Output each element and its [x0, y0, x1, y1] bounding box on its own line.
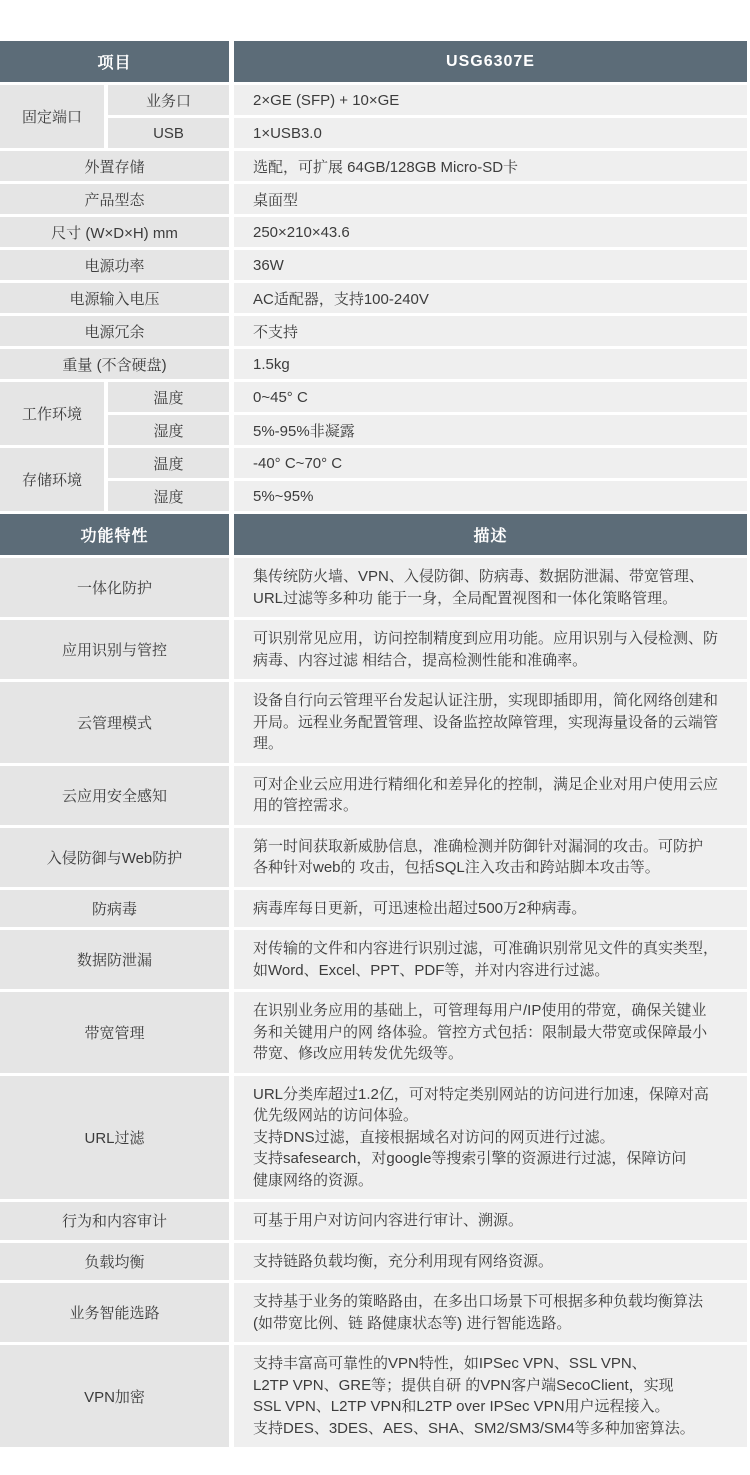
group-label-storage-env: 存储环境	[0, 448, 104, 511]
features-header-name-label: 功能特性	[0, 514, 229, 555]
row-label: 重量 (不含硬盘)	[0, 349, 229, 379]
feature-label: 防病毒	[0, 890, 229, 928]
feature-desc-text: 对传输的文件和内容进行识别过滤，可准确识别常见文件的真实类型， 如Word、Ex…	[253, 938, 718, 981]
feature-row-vpn-encryption: VPN加密 支持丰富高可靠性的VPN特性，如IPSec VPN、SSL VPN、…	[0, 1345, 747, 1447]
value-storage-humidity: 5%~95%	[234, 481, 747, 511]
sub-label-temperature: 温度	[108, 382, 229, 412]
feature-label: 入侵防御与Web防护	[0, 828, 229, 887]
row-label: 电源功率	[0, 250, 229, 280]
group-label-fixed-ports: 固定端口	[0, 85, 104, 148]
row-value: 桌面型	[234, 184, 747, 214]
spec-row-external-storage: 外置存储 选配，可扩展 64GB/128GB Micro-SD卡	[0, 151, 747, 181]
feature-label: 云管理模式	[0, 682, 229, 763]
spec-row-weight: 重量 (不含硬盘) 1.5kg	[0, 349, 747, 379]
row-label: 尺寸 (W×D×H) mm	[0, 217, 229, 247]
feature-label: 行为和内容审计	[0, 1202, 229, 1240]
feature-desc-text: 支持基于业务的策略路由，在多出口场景下可根据多种负载均衡算法 (如带宽比例、链 …	[253, 1291, 703, 1334]
feature-label: 一体化防护	[0, 558, 229, 617]
feature-label: 带宽管理	[0, 992, 229, 1073]
feature-desc-cell: 设备自行向云管理平台发起认证注册，实现即插即用，简化网络创建和 开局。远程业务配…	[234, 682, 747, 763]
spec-row-fixed-ports: 固定端口 业务口 2×GE (SFP) + 10×GE USB 1×USB3.0	[0, 85, 747, 148]
features-header-desc-label: 描述	[234, 514, 747, 555]
feature-desc-cell: 病毒库每日更新，可迅速检出超过500万2种病毒。	[234, 890, 747, 928]
feature-label: 负载均衡	[0, 1243, 229, 1281]
group-body-fixed-ports: 业务口 2×GE (SFP) + 10×GE USB 1×USB3.0	[108, 85, 747, 148]
feature-desc-cell: 第一时间获取新威胁信息，准确检测并防御针对漏洞的攻击。可防护 各种针对web的 …	[234, 828, 747, 887]
row-label: 产品型态	[0, 184, 229, 214]
feature-label: 业务智能选路	[0, 1283, 229, 1342]
spec-row-form-factor: 产品型态 桌面型	[0, 184, 747, 214]
row-label: 外置存储	[0, 151, 229, 181]
feature-desc-text: 在识别业务应用的基础上，可管理每用户/IP使用的带宽，确保关键业 务和关键用户的…	[253, 1000, 707, 1065]
feature-row-ips-web-protection: 入侵防御与Web防护 第一时间获取新威胁信息，准确检测并防御针对漏洞的攻击。可防…	[0, 828, 747, 887]
spec-row-storage-env: 存储环境 温度 -40° C~70° C 湿度 5%~95%	[0, 448, 747, 511]
features-header-row: 功能特性 描述	[0, 514, 747, 555]
feature-desc-text: 支持丰富高可靠性的VPN特性，如IPSec VPN、SSL VPN、 L2TP …	[253, 1353, 695, 1439]
feature-label: 数据防泄漏	[0, 930, 229, 989]
sub-row-work-humidity: 湿度 5%-95%非凝露	[108, 415, 747, 445]
sub-label-humidity: 湿度	[108, 481, 229, 511]
row-value: AC适配器，支持100-240V	[234, 283, 747, 313]
feature-row-smart-routing: 业务智能选路 支持基于业务的策略路由，在多出口场景下可根据多种负载均衡算法 (如…	[0, 1283, 747, 1342]
feature-desc-text: 可基于用户对访问内容进行审计、溯源。	[253, 1210, 523, 1232]
feature-desc-cell: 可识别常见应用，访问控制精度到应用功能。应用识别与入侵检测、防 病毒、内容过滤 …	[234, 620, 747, 679]
feature-desc-text: 可识别常见应用，访问控制精度到应用功能。应用识别与入侵检测、防 病毒、内容过滤 …	[253, 628, 718, 671]
feature-desc-cell: URL分类库超过1.2亿，可对特定类别网站的访问进行加速，保障对高 优先级网站的…	[234, 1076, 747, 1200]
spec-header-model-label: USG6307E	[234, 41, 747, 82]
product-spec-table: 项目 USG6307E 固定端口 业务口 2×GE (SFP) + 10×GE …	[0, 41, 747, 1450]
feature-desc-text: 设备自行向云管理平台发起认证注册，实现即插即用，简化网络创建和 开局。远程业务配…	[253, 690, 718, 755]
sub-row-work-temperature: 温度 0~45° C	[108, 382, 747, 412]
feature-desc-cell: 支持丰富高可靠性的VPN特性，如IPSec VPN、SSL VPN、 L2TP …	[234, 1345, 747, 1447]
value-work-temperature: 0~45° C	[234, 382, 747, 412]
sub-label-humidity: 湿度	[108, 415, 229, 445]
feature-row-cloud-app-awareness: 云应用安全感知 可对企业云应用进行精细化和差异化的控制，满足企业对用户使用云应 …	[0, 766, 747, 825]
feature-desc-cell: 支持链路负载均衡，充分利用现有网络资源。	[234, 1243, 747, 1281]
spec-row-power-redundancy: 电源冗余 不支持	[0, 316, 747, 346]
feature-row-cloud-management: 云管理模式 设备自行向云管理平台发起认证注册，实现即插即用，简化网络创建和 开局…	[0, 682, 747, 763]
sub-label-temperature: 温度	[108, 448, 229, 478]
spec-row-power: 电源功率 36W	[0, 250, 747, 280]
spec-row-working-env: 工作环境 温度 0~45° C 湿度 5%-95%非凝露	[0, 382, 747, 445]
row-value: 36W	[234, 250, 747, 280]
feature-row-integrated-protection: 一体化防护 集传统防火墙、VPN、入侵防御、防病毒、数据防泄漏、带宽管理、 UR…	[0, 558, 747, 617]
row-label: 电源输入电压	[0, 283, 229, 313]
feature-desc-text: 第一时间获取新威胁信息，准确检测并防御针对漏洞的攻击。可防护 各种针对web的 …	[253, 836, 703, 879]
sub-row-usb: USB 1×USB3.0	[108, 118, 747, 148]
spec-row-dimensions: 尺寸 (W×D×H) mm 250×210×43.6	[0, 217, 747, 247]
value-work-humidity: 5%-95%非凝露	[234, 415, 747, 445]
row-value: 250×210×43.6	[234, 217, 747, 247]
feature-label: URL过滤	[0, 1076, 229, 1200]
feature-row-url-filtering: URL过滤 URL分类库超过1.2亿，可对特定类别网站的访问进行加速，保障对高 …	[0, 1076, 747, 1200]
row-value: 1.5kg	[234, 349, 747, 379]
row-label: 电源冗余	[0, 316, 229, 346]
feature-desc-cell: 在识别业务应用的基础上，可管理每用户/IP使用的带宽，确保关键业 务和关键用户的…	[234, 992, 747, 1073]
group-label-working-env: 工作环境	[0, 382, 104, 445]
row-value: 选配，可扩展 64GB/128GB Micro-SD卡	[234, 151, 747, 181]
sub-label-usb: USB	[108, 118, 229, 148]
group-body-storage-env: 温度 -40° C~70° C 湿度 5%~95%	[108, 448, 747, 511]
feature-label: 云应用安全感知	[0, 766, 229, 825]
sub-row-storage-temperature: 温度 -40° C~70° C	[108, 448, 747, 478]
spec-row-input-voltage: 电源输入电压 AC适配器，支持100-240V	[0, 283, 747, 313]
sub-row-service-ports: 业务口 2×GE (SFP) + 10×GE	[108, 85, 747, 115]
sub-label-service-ports: 业务口	[108, 85, 229, 115]
group-body-working-env: 温度 0~45° C 湿度 5%-95%非凝露	[108, 382, 747, 445]
feature-desc-cell: 集传统防火墙、VPN、入侵防御、防病毒、数据防泄漏、带宽管理、 URL过滤等多种…	[234, 558, 747, 617]
feature-desc-text: 病毒库每日更新，可迅速检出超过500万2种病毒。	[253, 898, 586, 920]
feature-row-audit: 行为和内容审计 可基于用户对访问内容进行审计、溯源。	[0, 1202, 747, 1240]
feature-desc-cell: 可基于用户对访问内容进行审计、溯源。	[234, 1202, 747, 1240]
feature-desc-text: 可对企业云应用进行精细化和差异化的控制，满足企业对用户使用云应 用的管控需求。	[253, 774, 718, 817]
sub-row-storage-humidity: 湿度 5%~95%	[108, 481, 747, 511]
feature-desc-cell: 可对企业云应用进行精细化和差异化的控制，满足企业对用户使用云应 用的管控需求。	[234, 766, 747, 825]
feature-desc-text: 支持链路负载均衡，充分利用现有网络资源。	[253, 1251, 553, 1273]
feature-label: 应用识别与管控	[0, 620, 229, 679]
feature-row-antivirus: 防病毒 病毒库每日更新，可迅速检出超过500万2种病毒。	[0, 890, 747, 928]
feature-row-app-identification: 应用识别与管控 可识别常见应用，访问控制精度到应用功能。应用识别与入侵检测、防 …	[0, 620, 747, 679]
feature-desc-cell: 支持基于业务的策略路由，在多出口场景下可根据多种负载均衡算法 (如带宽比例、链 …	[234, 1283, 747, 1342]
feature-label: VPN加密	[0, 1345, 229, 1447]
feature-row-bandwidth-management: 带宽管理 在识别业务应用的基础上，可管理每用户/IP使用的带宽，确保关键业 务和…	[0, 992, 747, 1073]
feature-desc-cell: 对传输的文件和内容进行识别过滤，可准确识别常见文件的真实类型， 如Word、Ex…	[234, 930, 747, 989]
feature-row-load-balancing: 负载均衡 支持链路负载均衡，充分利用现有网络资源。	[0, 1243, 747, 1281]
value-service-ports: 2×GE (SFP) + 10×GE	[234, 85, 747, 115]
value-storage-temperature: -40° C~70° C	[234, 448, 747, 478]
feature-desc-text: 集传统防火墙、VPN、入侵防御、防病毒、数据防泄漏、带宽管理、 URL过滤等多种…	[253, 566, 704, 609]
spec-header-row: 项目 USG6307E	[0, 41, 747, 82]
spec-header-item-label: 项目	[0, 41, 229, 82]
feature-row-dlp: 数据防泄漏 对传输的文件和内容进行识别过滤，可准确识别常见文件的真实类型， 如W…	[0, 930, 747, 989]
row-value: 不支持	[234, 316, 747, 346]
feature-desc-text: URL分类库超过1.2亿，可对特定类别网站的访问进行加速，保障对高 优先级网站的…	[253, 1084, 709, 1192]
value-usb: 1×USB3.0	[234, 118, 747, 148]
